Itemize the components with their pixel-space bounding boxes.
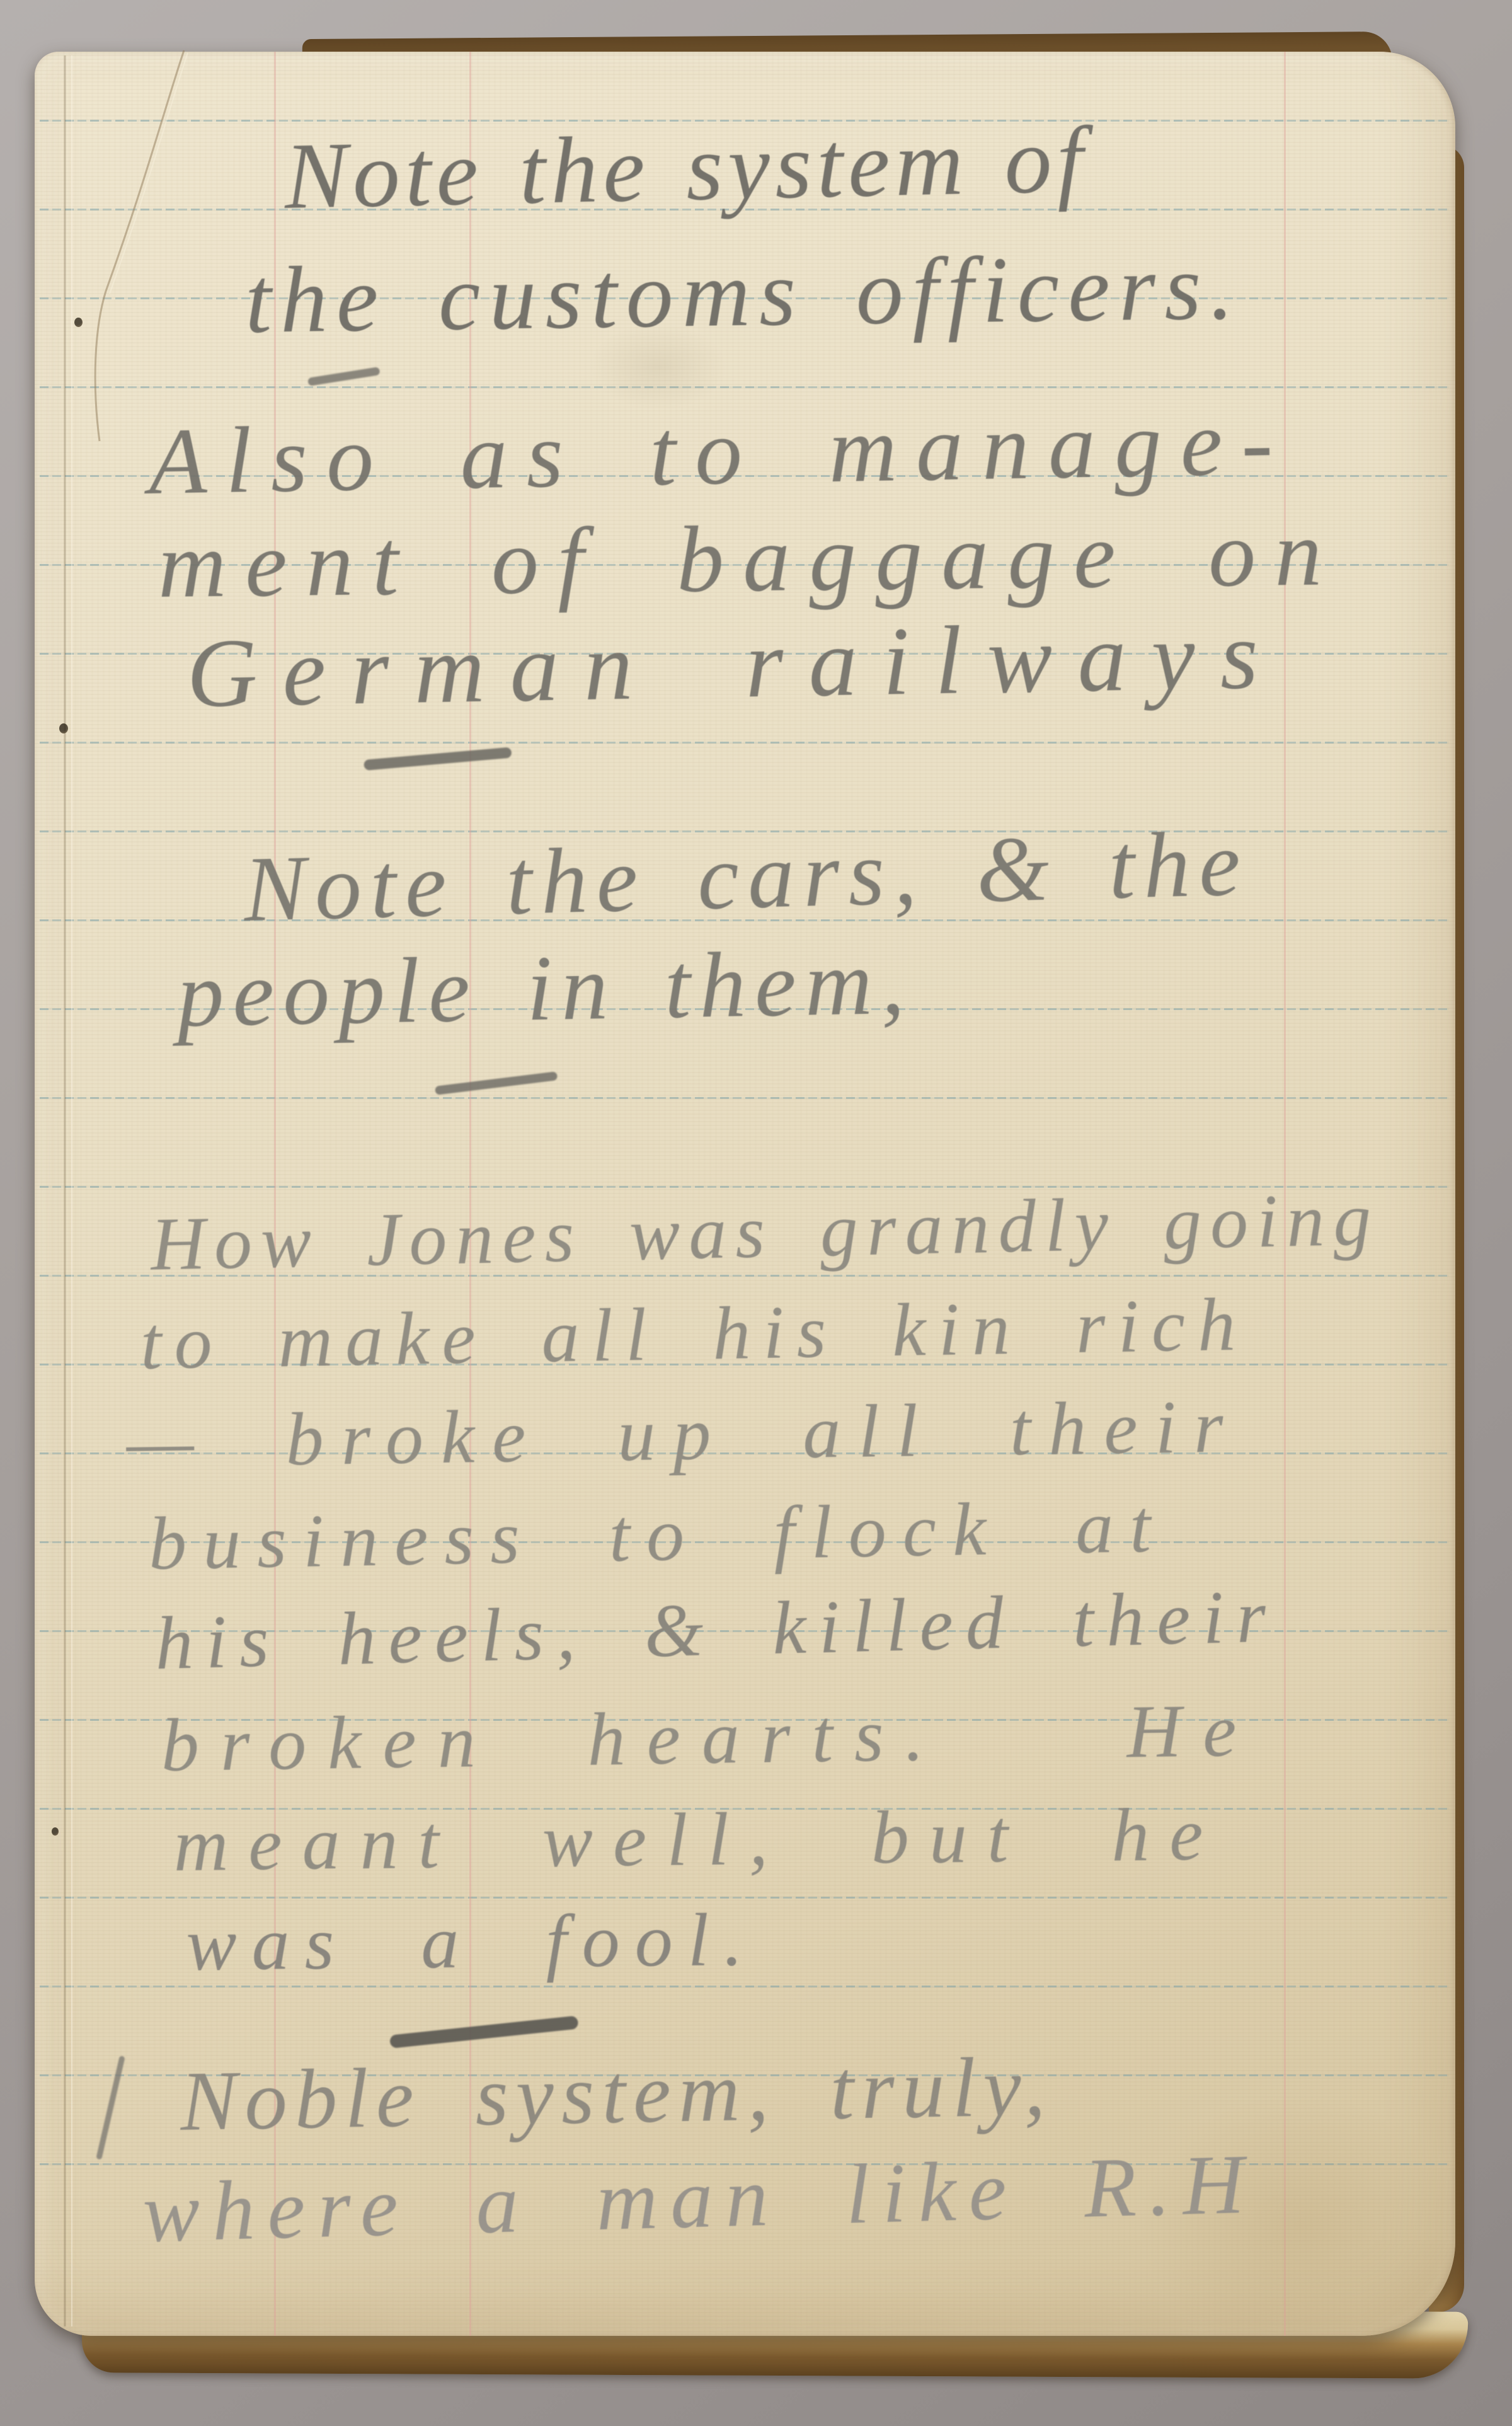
handwriting-line: meant well, but he (173, 1797, 1223, 1883)
handwriting-line: people in them, (176, 936, 914, 1042)
handwriting-line: Noble system, truly, (180, 2044, 1053, 2144)
ruled-line (40, 386, 1449, 388)
binding-hole (59, 723, 68, 733)
handwriting-line: Note the system of (283, 112, 1089, 224)
scanned-notebook-photo: Note the system of the customs officers.… (0, 0, 1512, 2426)
ruled-line (40, 1097, 1449, 1099)
handwriting-line: German railways (186, 606, 1284, 723)
handwriting-line: was a fool. (186, 1902, 758, 1982)
handwriting-line: ment of baggage on (157, 505, 1341, 612)
ruled-line (40, 742, 1449, 744)
handwriting-line: to make all his kin rich (140, 1286, 1249, 1381)
handwriting-line: Note the cars, & the (243, 817, 1250, 936)
handwriting-line: business to flock at (148, 1488, 1167, 1582)
handwriting-line: broken hearts. He (161, 1693, 1258, 1783)
binding-hole (74, 318, 83, 327)
binding-hole (52, 1827, 59, 1836)
handwriting-line: — broke up all their (126, 1388, 1241, 1480)
handwriting-line: the customs officers. (244, 239, 1243, 348)
handwriting-line: Also as to manage- (148, 394, 1292, 509)
margin-line-left-1 (274, 52, 276, 2336)
ruled-line (40, 1986, 1449, 1987)
margin-line-left-2 (469, 52, 471, 2336)
